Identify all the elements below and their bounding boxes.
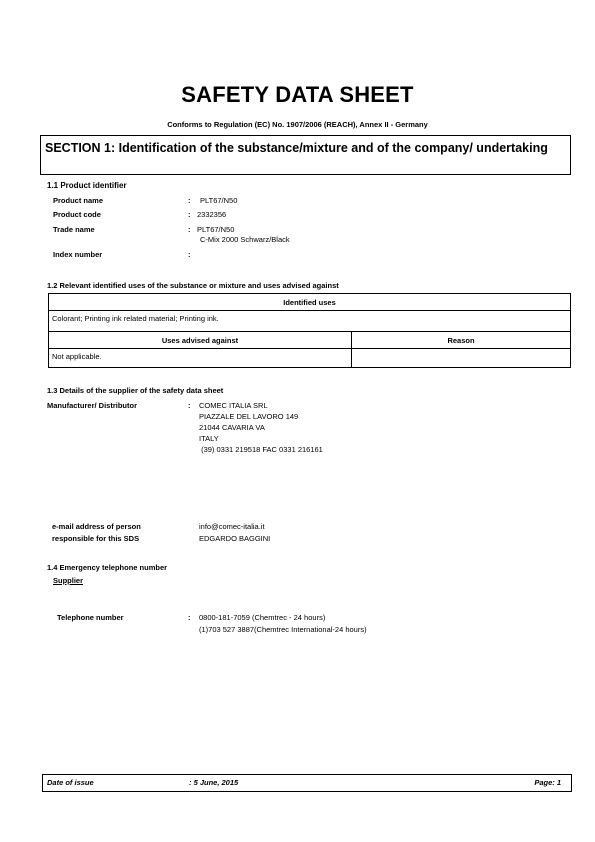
supplier-line-5: (39) 0331 219518 FAC 0331 216161 — [199, 445, 323, 455]
manufacturer-label: Manufacturer/ Distributor — [47, 401, 137, 410]
colon: : — [188, 210, 191, 219]
telephone-line-1: 0800-181-7059 (Chemtrec - 24 hours) — [199, 613, 325, 623]
uses-advised-against-value: Not applicable. — [49, 349, 352, 368]
colon: : — [188, 401, 191, 410]
date-of-issue-value: : 5 June, 2015 — [189, 778, 238, 787]
product-code-label: Product code — [53, 210, 101, 219]
colon: : — [188, 225, 191, 234]
colon: : — [188, 250, 191, 259]
supplier-line-1: COMEC ITALIA SRL — [199, 401, 268, 411]
supplier-line-3: 21044 CAVARIA VA — [199, 423, 265, 433]
uses-heading: 1.2 Relevant identified uses of the subs… — [47, 281, 339, 290]
trade-name-label: Trade name — [53, 225, 95, 234]
email-label-1: e-mail address of person — [52, 522, 141, 531]
telephone-line-2: (1)703 527 3887(Chemtrec International-2… — [199, 625, 367, 635]
colon: : — [188, 196, 191, 205]
reason-header: Reason — [352, 332, 571, 349]
section-1-heading: SECTION 1: Identification of the substan… — [40, 135, 571, 175]
supplier-line-2: PIAZZALE DEL LAVORO 149 — [199, 412, 298, 422]
footer: Date of issue : 5 June, 2015 Page: 1 — [42, 774, 572, 792]
product-identifier-heading: 1.1 Product identifier — [47, 181, 127, 190]
product-name-label: Product name — [53, 196, 103, 205]
identified-uses-value: Colorant; Printing ink related material;… — [49, 311, 571, 332]
colon: : — [188, 613, 191, 622]
trade-name-value-2: C-Mix 2000 Schwarz/Black — [200, 235, 290, 245]
supplier-subheading-text: Supplier — [53, 576, 83, 585]
page-number: Page: 1 — [534, 778, 561, 787]
date-of-issue-label: Date of issue — [47, 778, 94, 787]
uses-advised-against-header: Uses advised against — [49, 332, 352, 349]
responsible-person-value: EDGARDO BAGGINI — [199, 534, 270, 544]
supplier-line-4: ITALY — [199, 434, 219, 444]
document-title: SAFETY DATA SHEET — [0, 82, 595, 108]
supplier-heading: 1.3 Details of the supplier of the safet… — [47, 386, 223, 395]
emergency-heading: 1.4 Emergency telephone number — [47, 563, 167, 572]
product-code-value: 2332356 — [197, 210, 226, 220]
identified-uses-header: Identified uses — [49, 294, 571, 311]
telephone-label: Telephone number — [57, 613, 124, 622]
index-number-label: Index number — [53, 250, 102, 259]
trade-name-value: PLT67/N50 — [197, 225, 234, 235]
email-value[interactable]: info@comec-italia.it — [199, 522, 265, 532]
reason-value — [352, 349, 571, 368]
product-name-value: PLT67/N50 — [200, 196, 237, 206]
email-label-2: responsible for this SDS — [52, 534, 139, 543]
supplier-subheading: Supplier — [53, 576, 83, 585]
uses-table: Identified uses Colorant; Printing ink r… — [48, 293, 571, 368]
regulation-notice: Conforms to Regulation (EC) No. 1907/200… — [0, 120, 595, 129]
